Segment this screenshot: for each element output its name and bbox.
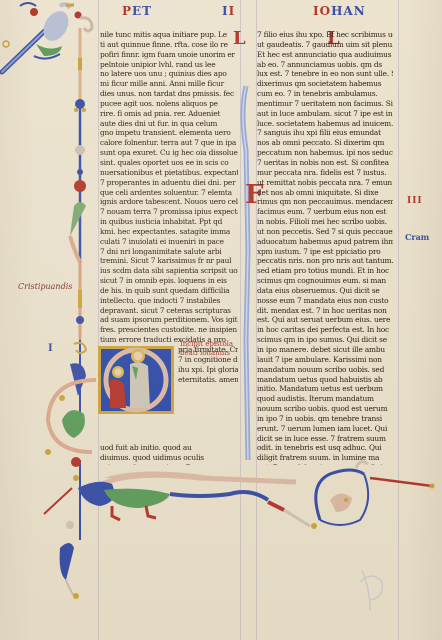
text-line: peccatum non habemus. ipi nos seducim.	[257, 148, 393, 158]
text-line: est. Qui aut seruat uerbum eius. uere	[257, 315, 393, 325]
text-line: luce. societatem habemus ad inuicem.	[257, 119, 393, 129]
text-line: dit. mendax est. 7 in hoc ueritas non	[257, 306, 393, 316]
text-line: 7 nouam terra 7 promissa ipius expectamu…	[100, 207, 238, 217]
text-line: diuimus. quod uidimus oculis	[100, 453, 238, 463]
text-line	[100, 404, 238, 414]
text-line	[100, 414, 238, 424]
text-line: pelntoie unipior lvhl. rand us lee	[100, 60, 238, 70]
text-line: net. 7 scandalum in eo non est. Qui	[257, 463, 393, 465]
text-line: facimus eum. 7 uerbum eius non est	[257, 207, 393, 217]
text-line	[100, 434, 238, 444]
text-line: tremini. Sicut 7 karissimus fr nr paul	[100, 256, 238, 266]
left-border-bar	[45, 28, 96, 599]
text-line: mi ficur mille anni. Anni mille ficur	[100, 79, 238, 89]
text-column-right: 7 filio eius ihu xpo. Et hec scribimus u…	[257, 30, 393, 465]
text-line: erunt. 7 uerum lumen iam lucet. Qui	[257, 424, 393, 434]
text-line: sicut 7 in omnib epis. loquens in eis	[100, 276, 238, 286]
text-line: det nos ab omni iniquitate. Si dixe	[257, 188, 393, 198]
text-line: depravant. sicut 7 ceteras scripturas	[100, 306, 238, 316]
text-line: pofiri finnr. igm fuam unoie unorim er	[100, 50, 238, 60]
text-line: peccatis nris. non pro nris aut tantum.	[257, 256, 393, 266]
text-line: scimus qm cognouimus eum. si man	[257, 276, 393, 286]
text-line: ius scdm data sibi sapientia scripsit uo…	[100, 266, 238, 276]
bird-icon	[2, 3, 82, 72]
text-line: quod audistis. Iterum mandatum	[257, 394, 393, 404]
text-line: rimus qm non peccauimus. mendacem	[257, 197, 393, 207]
underdrawing	[360, 570, 382, 610]
text-line: rire. fi omis ad pnia. rer. Adueniet	[100, 109, 238, 119]
text-line: ihu xpi. Ipi gloria 7 nunc 7 in die	[100, 365, 238, 375]
text-line: odit. in tenebris est usq adhuc. Qui	[257, 443, 393, 453]
text-line: xpm iustum. 7 ipe est ppiciatio pro	[257, 247, 393, 257]
text-line: fres. prescientes custodite. ne insipien	[100, 325, 238, 335]
text-line: mandatum uetus quod habuistis ab	[257, 375, 393, 385]
margin-note-left: Cristipuandis	[18, 282, 72, 291]
text-line: cum eo. 7 in tenebris ambulamus.	[257, 89, 393, 99]
manuscript-page: PET II IOHAN	[0, 0, 442, 640]
text-line: scimus qm in ipo sumus. Qui dicit se	[257, 335, 393, 345]
margin-note-right: Cram	[405, 232, 429, 242]
text-line: nris. quod perspeximus 7 manus	[100, 463, 238, 465]
text-line: nile tunc mitis aqua initiare pup. Le	[100, 30, 238, 40]
text-line: uod fuit ab initio. quod au	[100, 443, 238, 453]
text-line: calore folnentur. terra aut 7 que in ipa	[100, 138, 238, 148]
text-line	[100, 394, 238, 404]
dragon-icon	[44, 471, 317, 529]
text-line: sint. quales oportet uos ee in scis co	[100, 158, 238, 168]
hybrid-creature-icon	[316, 462, 435, 525]
text-line: ut remittat nobis peccata nra. 7 emun	[257, 178, 393, 188]
text-line: 7 dni nri longanimitate salute arbi	[100, 247, 238, 257]
text-line: eternitatis. amen.	[100, 375, 238, 385]
text-line: pucee agit uos. nolens aliquos pe	[100, 99, 238, 109]
text-line: Et hec est annunciatio qua audiuimus	[257, 50, 393, 60]
text-line: in hoc caritas dei perfecta est. In hoc	[257, 325, 393, 335]
text-line: nos ab omni peccato. Si dixerim qm	[257, 138, 393, 148]
text-line: culati 7 inuiolati ei inueniri in pace	[100, 237, 238, 247]
text-line: data eius obseruemus. Qui dicit se	[257, 286, 393, 296]
text-line: aduocatum habemus apud patrem ihm	[257, 237, 393, 247]
text-line: ti aut quinnue finne. rfta. cose ilo re	[100, 40, 238, 50]
text-line: nosse eum 7 mandata eius non custo	[257, 296, 393, 306]
text-line: diligit fratrem suum. in lumine ma	[257, 453, 393, 463]
text-line: no latere uos unu ; quinius dies apo	[100, 69, 238, 79]
text-line: nuersationibus et pietatibus. expectante…	[100, 168, 238, 178]
text-line: nouum scribo uobis. quod est uerum	[257, 404, 393, 414]
text-line: dies unus. non tardat dns pmissis. fec	[100, 89, 238, 99]
text-line: ad suam ipsorum perditionem. Vos igit	[100, 315, 238, 325]
text-line: 7 sanguis ihu xpi filii eius emundat	[257, 128, 393, 138]
text-line: mandatum nouum scribo uobis. sed	[257, 365, 393, 375]
margin-numeral-left: I	[48, 343, 53, 354]
text-line: in nobis. Filioli mei hec scribo uobis.	[257, 217, 393, 227]
text-line: 7 ueritas in nobis non est. Si confitea	[257, 158, 393, 168]
text-line: 7 properantes in aduentu diei dni. per	[100, 178, 238, 188]
text-line	[100, 424, 238, 434]
text-column-left: nile tunc mitis aqua initiare pup. Leti …	[100, 30, 238, 465]
text-line: mur peccata nra. fidelis est 7 iustus.	[257, 168, 393, 178]
text-line: dixerimus qm societatem habemus	[257, 79, 393, 89]
text-line: in quibus iusticia inhabitat. Ppt qd	[100, 217, 238, 227]
text-line	[100, 384, 238, 394]
text-line: in ipo 7 in uobis. qm tenebre transi	[257, 414, 393, 424]
text-line: dicit se in luce esse. 7 fratrem suum	[257, 434, 393, 444]
text-line: lauit 7 ipe ambulare. Karissimi non	[257, 355, 393, 365]
text-line: que celi ardentes soluentur. 7 elemta	[100, 188, 238, 198]
text-line: de his. in quib sunt quedam difficilia	[100, 286, 238, 296]
text-line: sed etiam pro totius mundi. Et in hoc	[257, 266, 393, 276]
rubric: Incipit epistola beati iohannis	[180, 340, 233, 358]
middle-bar	[243, 86, 248, 460]
text-line: ignis ardore tabescent. Nouos uero celos	[100, 197, 238, 207]
text-line: mentimur 7 ueritatem non facimus. Si	[257, 99, 393, 109]
scroll-ornament	[80, 18, 92, 31]
text-line: lux est. 7 tenebre in eo non sunt ulle. …	[257, 69, 393, 79]
text-line: intellectu. que indocti 7 instabiles	[100, 296, 238, 306]
text-line: aute dies dni ut fur. in qua celum	[100, 119, 238, 129]
text-line: ut non peccetis. Sed 7 si quis peccaueri…	[257, 227, 393, 237]
text-line: in ipo manere. debet sicut ille ambu	[257, 345, 393, 355]
text-line: 7 filio eius ihu xpo. Et hec scribimus u…	[257, 30, 393, 40]
text-line: kmi. hec expectantes. satagite imma	[100, 227, 238, 237]
text-line: ab eo. 7 annunciamus uobis. qm ds	[257, 60, 393, 70]
text-line: sunt opa exuret. Cu ig hec oia dissolued…	[100, 148, 238, 158]
text-line: ut gaudeatis. 7 gaudium uim sit plenu.	[257, 40, 393, 50]
text-line: aut in luce ambulam. sicut 7 ipe est in	[257, 109, 393, 119]
text-line: gno impetu transient. elementa uero	[100, 128, 238, 138]
margin-numeral-right: III	[407, 196, 423, 206]
text-line: initio. Mandatum uetus est uerbum	[257, 384, 393, 394]
